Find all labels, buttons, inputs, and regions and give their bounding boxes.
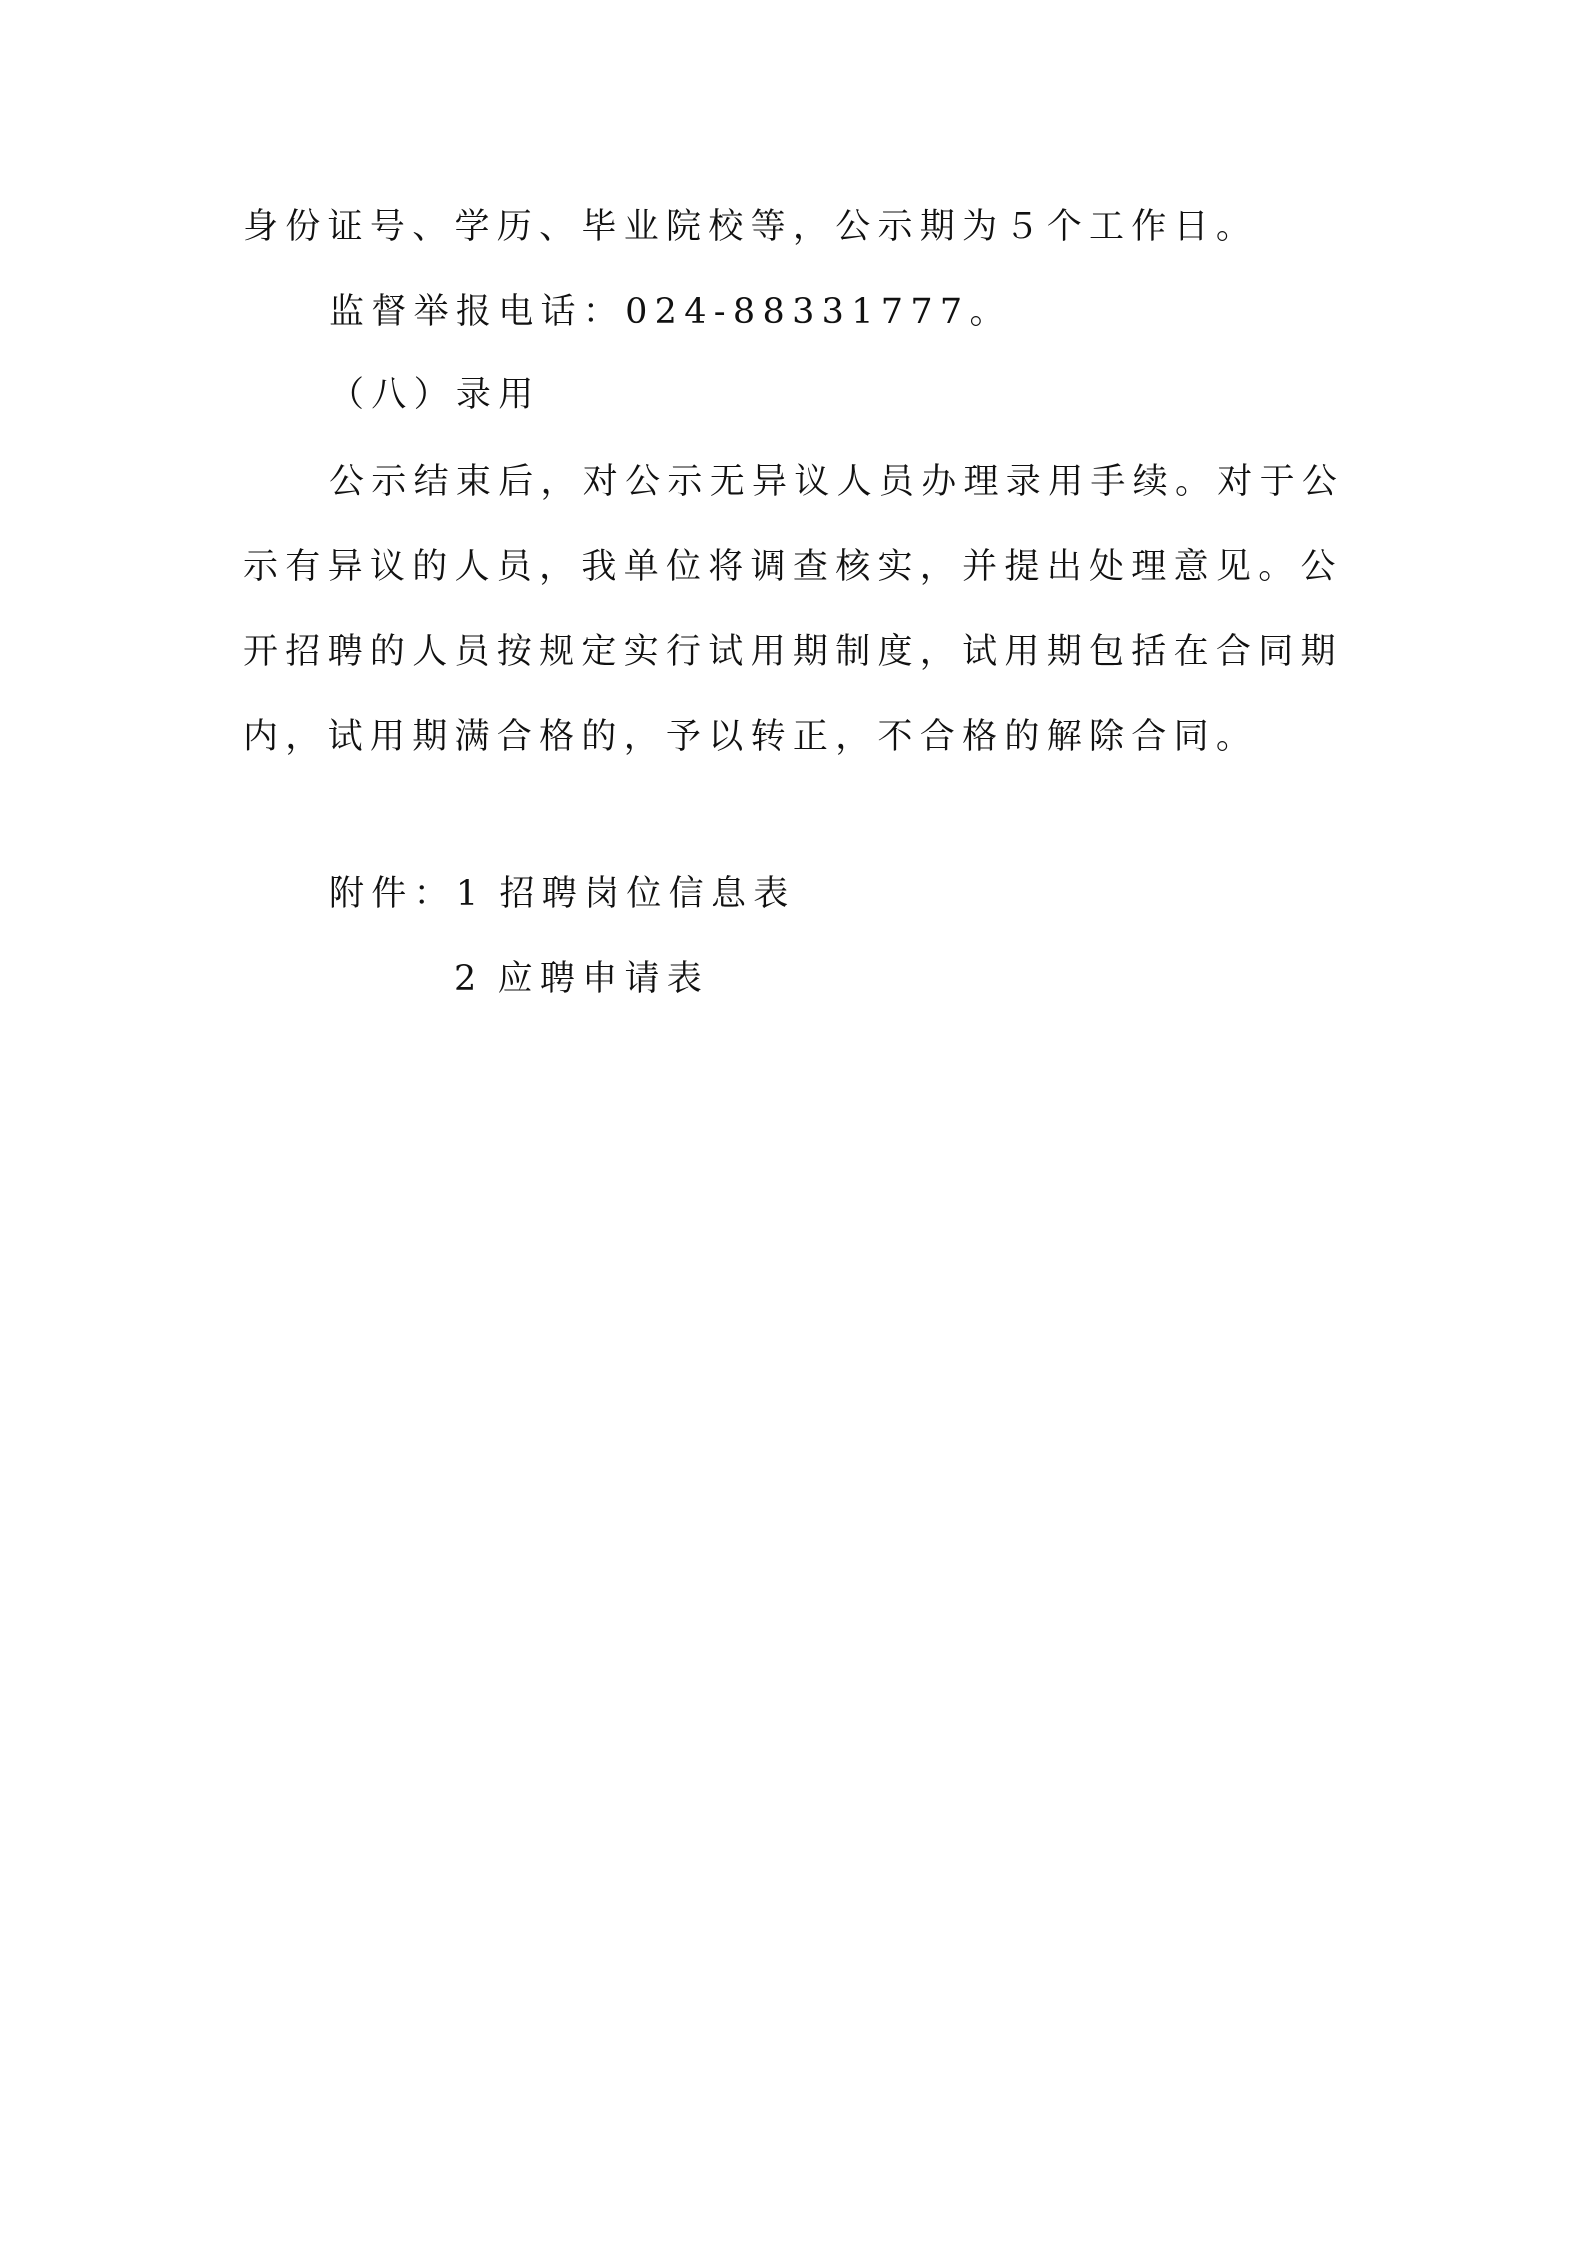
attachment-item-1: 附件：1招聘岗位信息表 (329, 872, 796, 916)
attachment-number-2: 2 (454, 959, 484, 999)
document-page: 身份证号、学历、毕业院校等，公示期为５个工作日。 监督举报电话：024-8833… (0, 0, 1587, 2245)
paragraph-line-2: 示有异议的人员，我单位将调查核实，并提出处理意见。公 (243, 545, 1343, 589)
attachment-number-1: 1 (456, 874, 486, 914)
continuation-line: 身份证号、学历、毕业院校等，公示期为５个工作日。 (243, 205, 1258, 249)
attachment-title-1: 招聘岗位信息表 (499, 874, 795, 914)
attachment-label: 附件： (329, 874, 456, 914)
paragraph-line-3: 开招聘的人员按规定实行试用期制度，试用期包括在合同期 (243, 630, 1343, 674)
paragraph-line-1: 公示结束后，对公示无异议人员办理录用手续。对于公 (329, 460, 1344, 504)
section-heading: （八）录用 (329, 373, 541, 417)
hotline-text: 监督举报电话：024-88331777。 (329, 290, 1012, 334)
attachment-title-2: 应聘申请表 (498, 959, 710, 999)
paragraph-line-4: 内，试用期满合格的，予以转正，不合格的解除合同。 (243, 715, 1258, 759)
attachment-item-2: 2应聘申请表 (454, 957, 709, 1001)
